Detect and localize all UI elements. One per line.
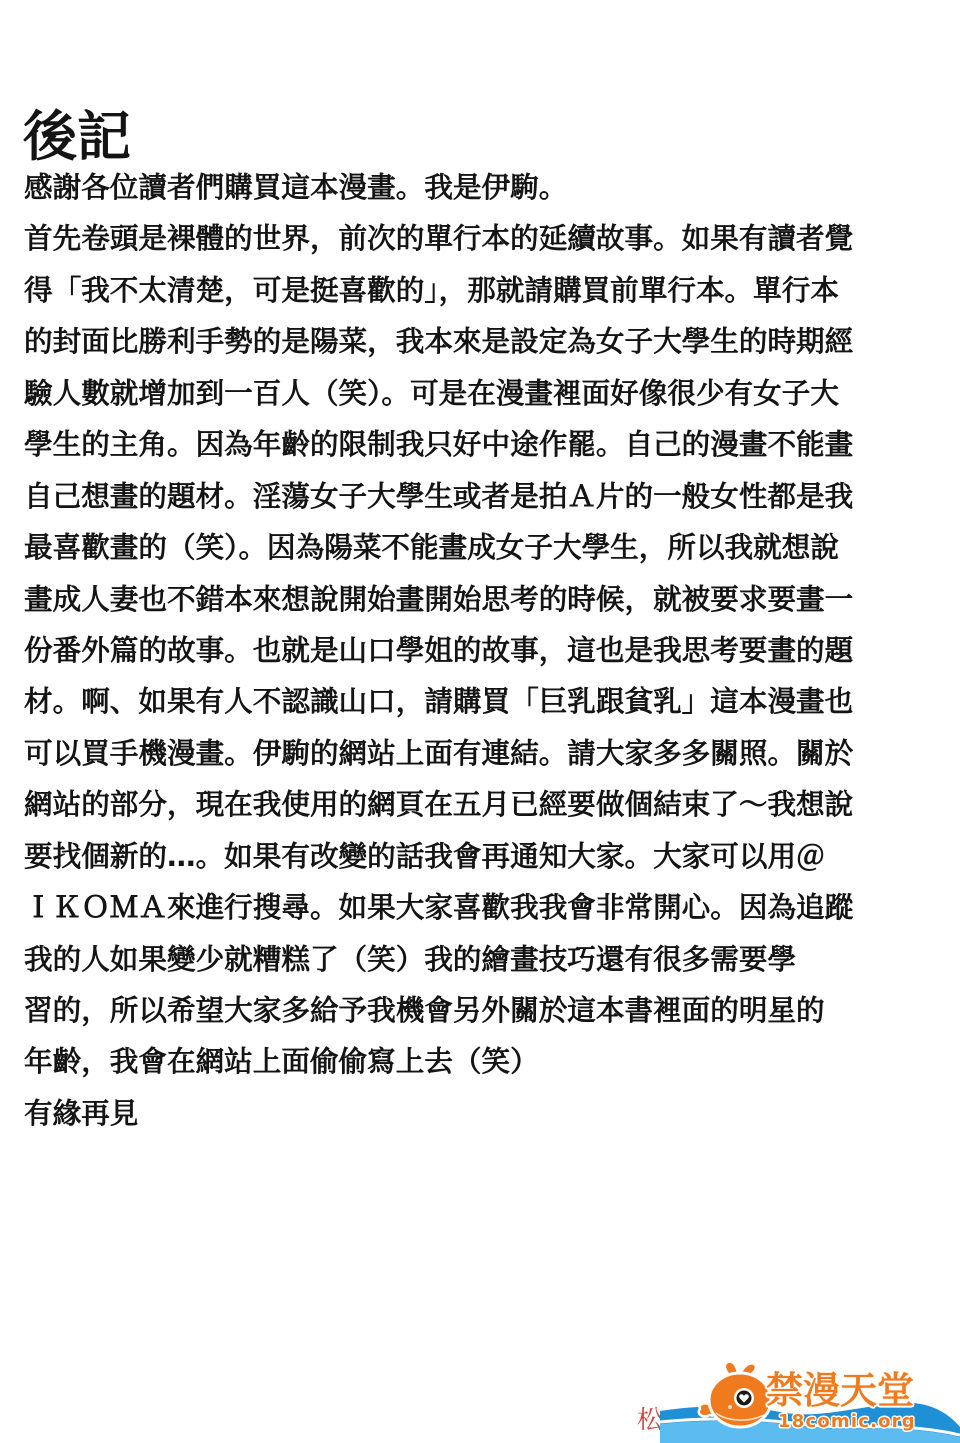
text-line: ＩＫＯＭＡ來進行搜尋。如果大家喜歡我我會非常開心。因為追蹤 xyxy=(24,882,924,933)
text-line: 學生的主角。因為年齡的限制我只好中途作罷。自己的漫畫不能畫 xyxy=(24,419,924,470)
text-line: 首先卷頭是裸體的世界，前次的單行本的延續故事。如果有讀者覺 xyxy=(24,213,924,264)
logo-text: 禁漫天堂 xyxy=(766,1371,914,1411)
text-line: 我的人如果變少就糟糕了（笑）我的繪畫技巧還有很多需要學 xyxy=(24,934,924,985)
text-line: 材。啊、如果有人不認識山口，請購買「巨乳跟貧乳」這本漫畫也 xyxy=(24,676,924,727)
text-line: 感謝各位讀者們購買這本漫畫。我是伊駒。 xyxy=(24,162,924,213)
text-line: 習的，所以希望大家多給予我機會另外關於這本書裡面的明星的 xyxy=(24,985,924,1036)
text-line: 的封面比勝利手勢的是陽菜，我本來是設定為女子大學生的時期經 xyxy=(24,316,924,367)
text-line: 有緣再見 xyxy=(24,1088,924,1139)
page-title: 後記 xyxy=(23,106,131,168)
text-line: 驗人數就增加到一百人（笑）。可是在漫畫裡面好像很少有女子大 xyxy=(24,368,924,419)
text-line: 可以買手機漫畫。伊駒的網站上面有連結。請大家多多關照。關於 xyxy=(24,728,924,779)
text-line: 自己想畫的題材。淫蕩女子大學生或者是拍Ａ片的一般女性都是我 xyxy=(24,471,924,522)
logo-url-text: 18comic.org xyxy=(778,1412,916,1432)
text-line: 畫成人妻也不錯本來想說開始畫開始思考的時候，就被要求要畫一 xyxy=(24,574,924,625)
text-line: 年齡，我會在網站上面偷偷寫上去（笑） xyxy=(24,1036,924,1087)
site-watermark: 松 禁漫天堂 18comic.org xyxy=(630,1355,960,1443)
text-line: 要找個新的…。如果有改變的話我會再通知大家。大家可以用＠ xyxy=(24,831,924,882)
text-line: 網站的部分，現在我使用的網頁在五月已經要做個結束了～我想說 xyxy=(24,779,924,830)
text-line: 得「我不太清楚，可是挺喜歡的」，那就請購買前單行本。單行本 xyxy=(24,265,924,316)
afterword-body: 感謝各位讀者們購買這本漫畫。我是伊駒。 首先卷頭是裸體的世界，前次的單行本的延續… xyxy=(24,162,924,1139)
text-line: 份番外篇的故事。也就是山口學姐的故事，這也是我思考要畫的題 xyxy=(24,625,924,676)
text-line: 最喜歡畫的（笑）。因為陽菜不能畫成女子大學生，所以我就想說 xyxy=(24,522,924,573)
